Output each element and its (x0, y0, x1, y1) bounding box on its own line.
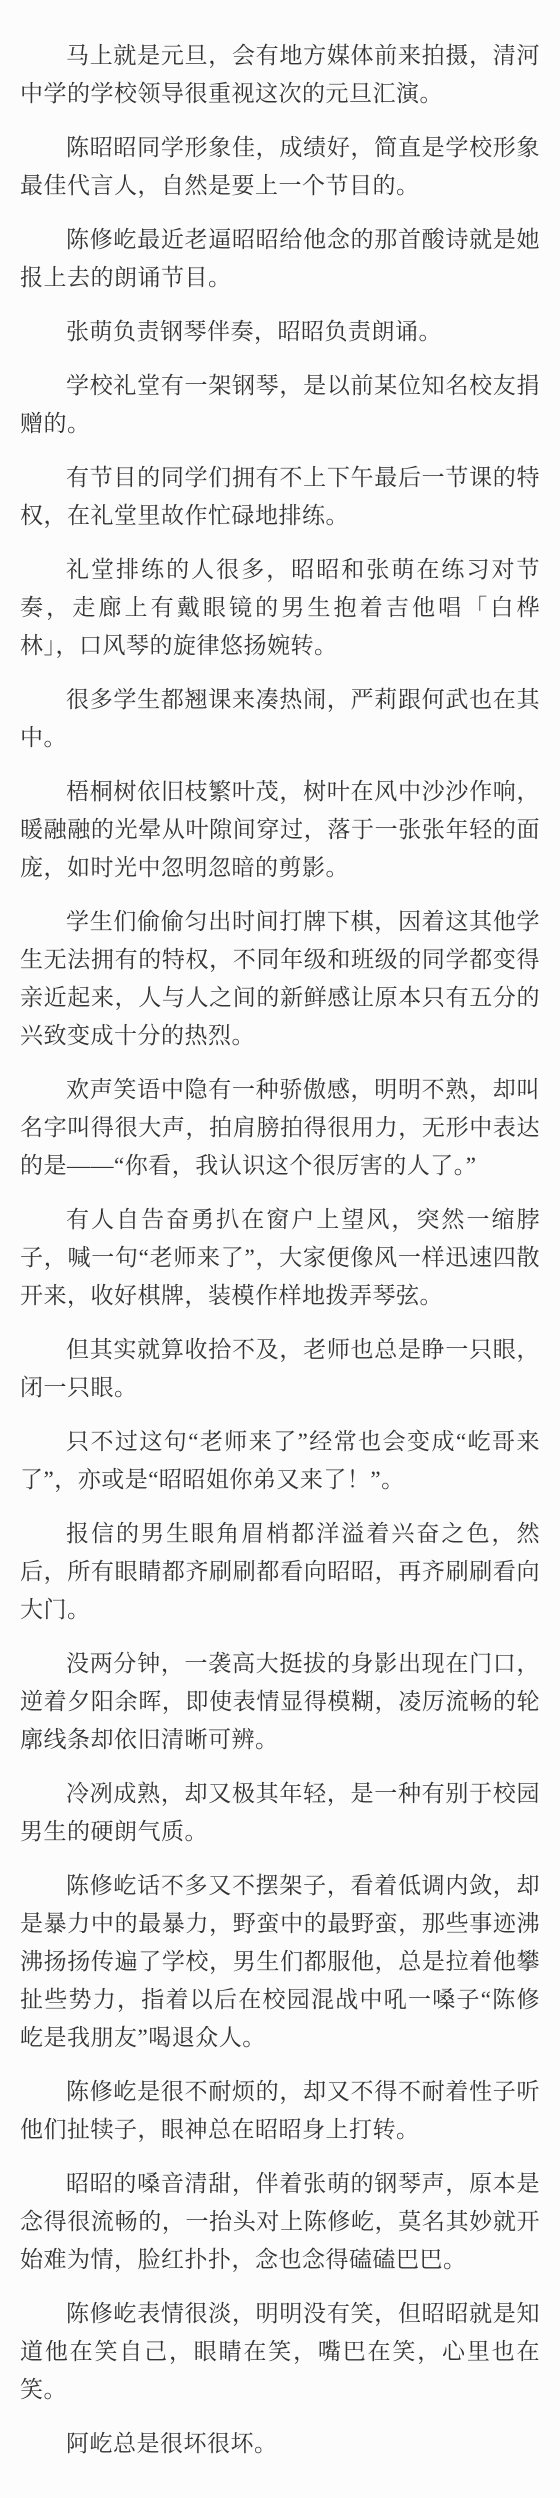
paragraph: 很多学生都翘课来凑热闹，严莉跟何武也在其中。 (20, 681, 540, 757)
paragraph: 但其实就算收拾不及，老师也总是睁一只眼，闭一只眼。 (20, 1331, 540, 1407)
paragraph: 有人自告奋勇扒在窗户上望风，突然一缩脖子，喊一句“老师来了”，大家便像风一样迅速… (20, 1201, 540, 1315)
paragraph: 礼堂排练的人很多，昭昭和张萌在练习对节奏，走廊上有戴眼镜的男生抱着吉他唱「白桦林… (20, 551, 540, 665)
paragraph: 马上就是元旦，会有地方媒体前来拍摄，清河中学的学校领导很重视这次的元旦汇演。 (20, 37, 540, 113)
paragraph: 报信的男生眼角眉梢都洋溢着兴奋之色，然后，所有眼睛都齐刷刷都看向昭昭，再齐刷刷看… (20, 1515, 540, 1629)
paragraph: 阿屹总是很坏很坏。 (20, 2425, 540, 2463)
paragraph: 只不过这句“老师来了”经常也会变成“屹哥来了”，亦或是“昭昭姐你弟又来了！”。 (20, 1423, 540, 1499)
paragraph: 昭昭的嗓音清甜，伴着张萌的钢琴声，原本是念得很流畅的，一抬头对上陈修屹，莫名其妙… (20, 2165, 540, 2279)
paragraph: 没两分钟，一袭高大挺拔的身影出现在门口，逆着夕阳余晖，即使表情显得模糊，凌厉流畅… (20, 1645, 540, 1759)
paragraph: 陈昭昭同学形象佳，成绩好，简直是学校形象最佳代言人，自然是要上一个节目的。 (20, 129, 540, 205)
paragraph: 陈修屹是很不耐烦的，却又不得不耐着性子听他们扯犊子，眼神总在昭昭身上打转。 (20, 2073, 540, 2149)
paragraph: 陈修屹表情很淡，明明没有笑，但昭昭就是知道他在笑自己，眼睛在笑，嘴巴在笑，心里也… (20, 2295, 540, 2409)
paragraph: 陈修屹话不多又不摆架子，看着低调内敛，却是暴力中的最暴力，野蛮中的最野蛮，那些事… (20, 1867, 540, 2057)
paragraph: 冷冽成熟，却又极其年轻，是一种有别于校园男生的硬朗气质。 (20, 1775, 540, 1851)
paragraph: 梧桐树依旧枝繁叶茂，树叶在风中沙沙作响，暖融融的光晕从叶隙间穿过，落于一张张年轻… (20, 773, 540, 887)
paragraph: 学生们偷偷匀出时间打牌下棋，因着这其他学生无法拥有的特权，不同年级和班级的同学都… (20, 903, 540, 1055)
paragraph: 欢声笑语中隐有一种骄傲感，明明不熟，却叫名字叫得很大声，拍肩膀拍得很用力，无形中… (20, 1071, 540, 1185)
chapter-text: 马上就是元旦，会有地方媒体前来拍摄，清河中学的学校领导很重视这次的元旦汇演。 陈… (0, 0, 560, 2493)
paragraph: 陈修屹最近老逼昭昭给他念的那首酸诗就是她报上去的朗诵节目。 (20, 221, 540, 297)
paragraph: 有节目的同学们拥有不上下午最后一节课的特权，在礼堂里故作忙碌地排练。 (20, 459, 540, 535)
paragraph: 学校礼堂有一架钢琴，是以前某位知名校友捐赠的。 (20, 367, 540, 443)
paragraph: 张萌负责钢琴伴奏，昭昭负责朗诵。 (20, 313, 540, 351)
